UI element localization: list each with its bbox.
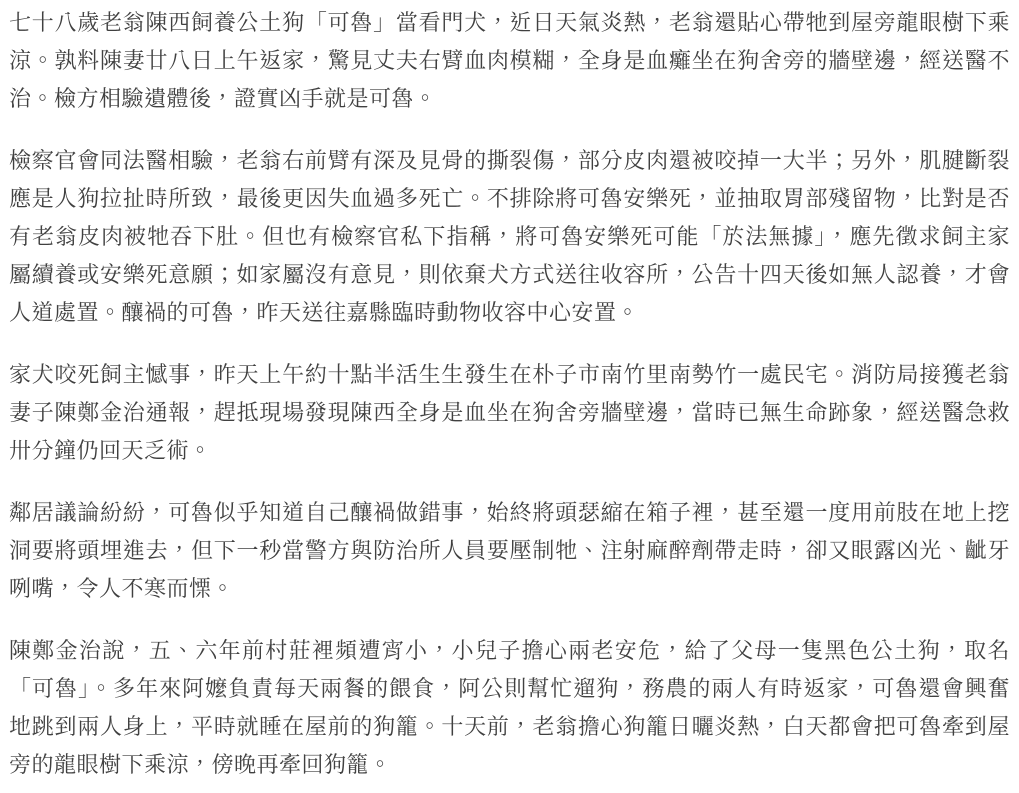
article-paragraph-1: 七十八歲老翁陳西飼養公土狗「可魯」當看門犬，近日天氣炎熱，老翁還貼心帶牠到屋旁龍…	[9, 4, 1010, 118]
article-paragraph-2: 檢察官會同法醫相驗，老翁右前臂有深及見骨的撕裂傷，部分皮肉還被咬掉一大半；另外，…	[9, 142, 1010, 332]
news-article-body: 七十八歲老翁陳西飼養公土狗「可魯」當看門犬，近日天氣炎熱，老翁還貼心帶牠到屋旁龍…	[9, 4, 1010, 784]
article-paragraph-5: 陳鄭金治說，五、六年前村莊裡頻遭宵小，小兒子擔心兩老安危，給了父母一隻黑色公土狗…	[9, 632, 1010, 784]
article-paragraph-3: 家犬咬死飼主憾事，昨天上午約十點半活生生發生在朴子市南竹里南勢竹一處民宅。消防局…	[9, 356, 1010, 470]
article-paragraph-4: 鄰居議論紛紛，可魯似乎知道自己釀禍做錯事，始終將頭瑟縮在箱子裡，甚至還一度用前肢…	[9, 494, 1010, 608]
